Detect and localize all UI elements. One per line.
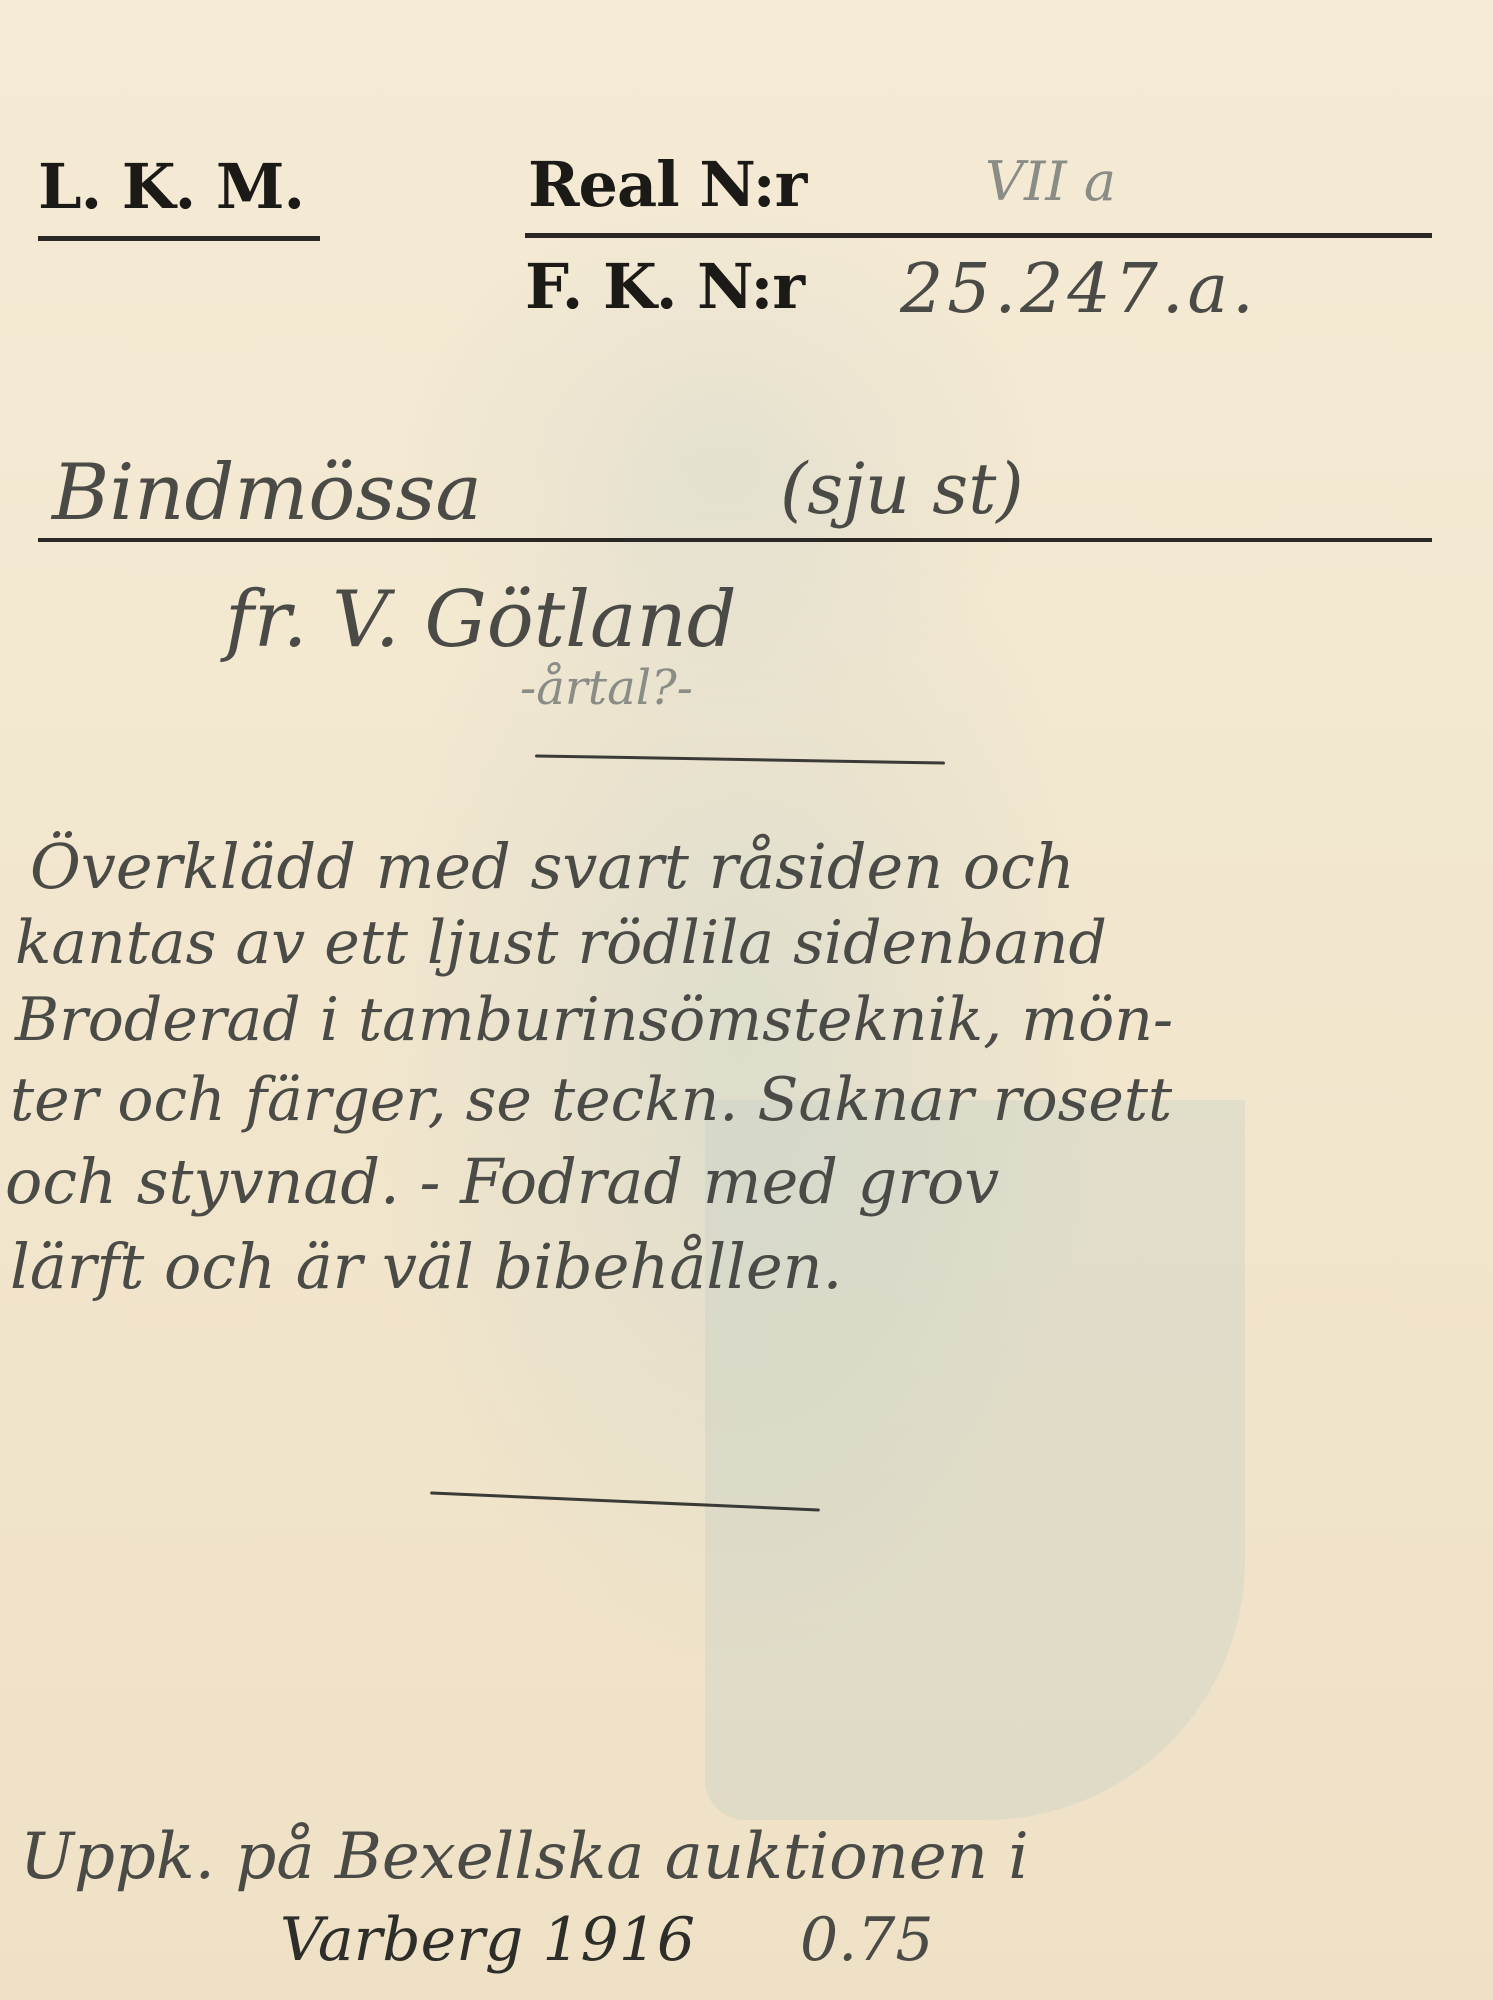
object-name: Bindmössa — [52, 448, 482, 538]
name-divider — [38, 538, 1432, 542]
acquisition-place-year: Varberg 1916 — [280, 1905, 695, 1975]
origin: fr. V. Götland — [225, 575, 737, 665]
description-line-5: och styvnad. - Fodrad med grov — [5, 1145, 999, 1218]
acquisition-line-1: Uppk. på Bexellska auktionen i — [20, 1820, 1029, 1894]
fk-nr-label: F. K. N:r — [525, 250, 804, 323]
real-nr-value: VII a — [985, 150, 1116, 213]
description-line-2: kantas av ett ljust rödlila sidenband — [15, 908, 1107, 978]
header-divider — [525, 233, 1432, 238]
acquisition-price: 0.75 — [800, 1905, 934, 1975]
description-line-4: ter och färger, se teckn. Saknar rosett — [10, 1065, 1172, 1135]
object-count-note: (sju st) — [780, 448, 1024, 530]
fk-nr-value: 25.247.a. — [900, 250, 1258, 329]
year-note: -årtal?- — [520, 660, 693, 716]
real-nr-label: Real N:r — [528, 148, 806, 221]
museum-label-underline — [38, 236, 320, 241]
description-line-6: lärft och är väl bibehållen. — [10, 1230, 842, 1303]
description-line-3: Broderad i tamburinsömsteknik, mön- — [15, 985, 1173, 1055]
museum-label: L. K. M. — [38, 150, 304, 223]
description-line-1: Överklädd med svart råsiden och — [30, 830, 1075, 903]
